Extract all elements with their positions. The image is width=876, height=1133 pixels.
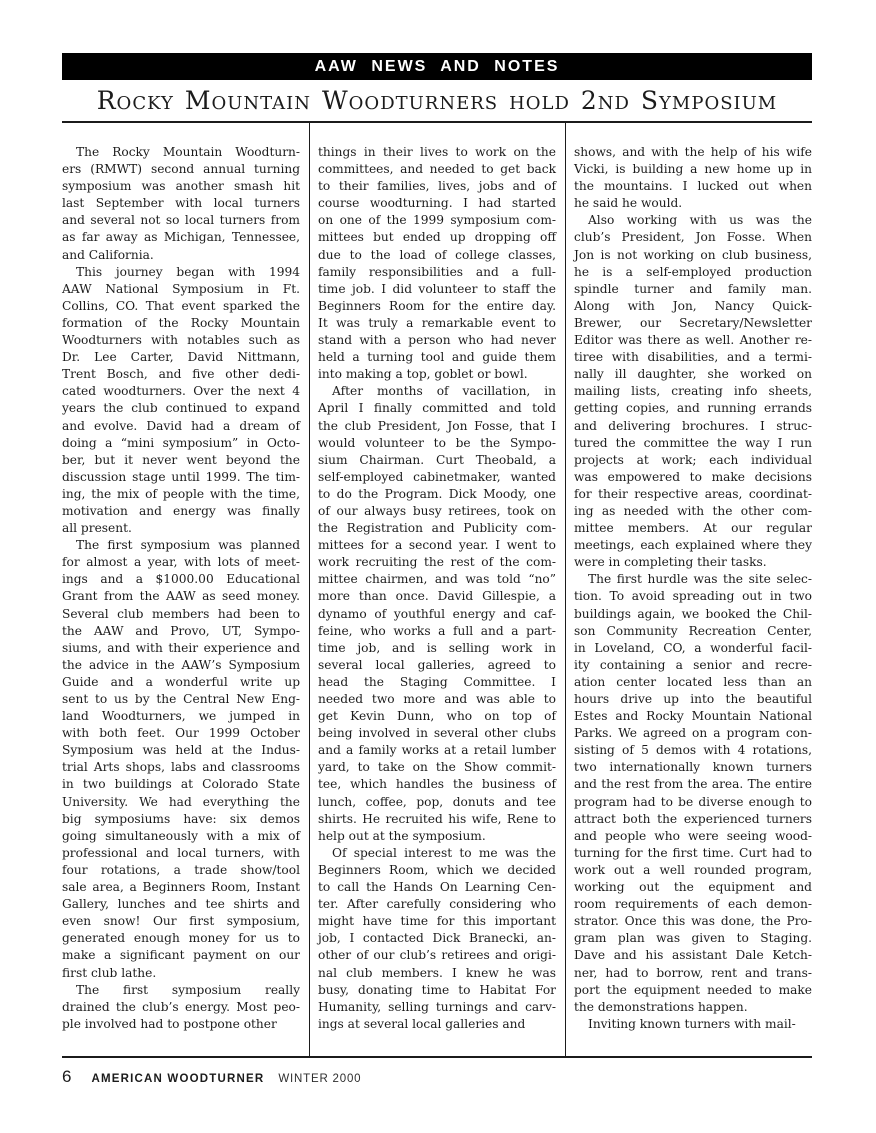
- text-line: ter. After carefully considering who: [318, 896, 556, 913]
- text-line: last September with local turners: [62, 195, 300, 212]
- text-line: years the club continued to expand: [62, 400, 300, 417]
- text-line: port the equipment needed to make: [574, 982, 812, 999]
- text-line: into making a top, goblet or bowl.: [318, 366, 556, 383]
- text-line: Dave and his assistant Dale Ketch-: [574, 947, 812, 964]
- text-line: The Rocky Mountain Woodturn-: [62, 144, 300, 161]
- text-line: ple involved had to postpone other: [62, 1016, 300, 1033]
- article-column-1: The Rocky Mountain Woodturn-ers (RMWT) s…: [62, 123, 300, 1056]
- text-line: were in completing their tasks.: [574, 554, 812, 571]
- text-line: get Kevin Dunn, who on top of: [318, 708, 556, 725]
- text-line: The first symposium really: [62, 982, 300, 999]
- text-line: dynamo of youthful energy and caf-: [318, 606, 556, 623]
- text-line: lunch, coffee, pop, donuts and tee: [318, 794, 556, 811]
- text-line: sent to us by the Central New Eng-: [62, 691, 300, 708]
- text-line: work out a well rounded program,: [574, 862, 812, 879]
- text-line: even snow! Our first symposium,: [62, 913, 300, 930]
- text-line: Jon is not working on club business,: [574, 247, 812, 264]
- text-line: Also working with us was the: [574, 212, 812, 229]
- text-line: was empowered to make decisions: [574, 469, 812, 486]
- text-line: University. We had everything the: [62, 794, 300, 811]
- text-line: to do the Program. Dick Moody, one: [318, 486, 556, 503]
- text-line: ers (RMWT) second annual turning: [62, 161, 300, 178]
- text-line: shows, and with the help of his wife: [574, 144, 812, 161]
- text-line: work recruiting the rest of the com-: [318, 554, 556, 571]
- text-line: Beginners Room for the entire day.: [318, 298, 556, 315]
- text-line: the club President, Jon Fosse, that I: [318, 418, 556, 435]
- text-line: siums, and with their experience and: [62, 640, 300, 657]
- text-line: professional and local turners, with: [62, 845, 300, 862]
- text-line: symposium was another smash hit: [62, 178, 300, 195]
- text-line: several local galleries, agreed to: [318, 657, 556, 674]
- text-line: family responsibilities and a full-: [318, 264, 556, 281]
- page-content: AAW NEWS AND NOTES Rocky Mountain Woodtu…: [62, 0, 812, 1087]
- article-column-2: things in their lives to work on thecomm…: [318, 123, 556, 1056]
- text-line: ner, had to borrow, rent and trans-: [574, 965, 812, 982]
- text-line: other of our club’s retirees and origi-: [318, 947, 556, 964]
- text-line: and the rest from the area. The entire: [574, 776, 812, 793]
- text-line: Woodturners with notables such as: [62, 332, 300, 349]
- text-line: strator. Once this was done, the Pro-: [574, 913, 812, 930]
- bottom-divider: [62, 1056, 812, 1058]
- text-line: ings at several local galleries and: [318, 1016, 556, 1033]
- text-line: nal club members. I knew he was: [318, 965, 556, 982]
- text-line: projects at work; each individual: [574, 452, 812, 469]
- text-line: stand with a person who had never: [318, 332, 556, 349]
- text-line: and California.: [62, 247, 300, 264]
- text-line: and a family works at a retail lumber: [318, 742, 556, 759]
- text-line: help out at the symposium.: [318, 828, 556, 845]
- text-line: Humanity, selling turnings and carv-: [318, 999, 556, 1016]
- text-line: to their families, lives, jobs and of: [318, 178, 556, 195]
- text-line: Beginners Room, which we decided: [318, 862, 556, 879]
- text-line: The first symposium was planned: [62, 537, 300, 554]
- text-line: time job, and is selling work in: [318, 640, 556, 657]
- text-line: motivation and energy was finally: [62, 503, 300, 520]
- text-line: meetings, each explained where they: [574, 537, 812, 554]
- section-banner-text: AAW NEWS AND NOTES: [315, 58, 560, 76]
- text-line: getting copies, and running errands: [574, 400, 812, 417]
- text-line: he is a self-employed production: [574, 264, 812, 281]
- text-line: head the Staging Committee. I: [318, 674, 556, 691]
- text-line: Of special interest to me was the: [318, 845, 556, 862]
- text-line: room requirements of each demon-: [574, 896, 812, 913]
- text-line: committees, and needed to get back: [318, 161, 556, 178]
- text-line: cated woodturners. Over the next 4: [62, 383, 300, 400]
- text-line: mittee chairmen, and was told “no”: [318, 571, 556, 588]
- text-line: drained the club’s energy. Most peo-: [62, 999, 300, 1016]
- text-line: going simultaneously with a mix of: [62, 828, 300, 845]
- text-line: discussion stage until 1999. The tim-: [62, 469, 300, 486]
- text-line: in two buildings at Colorado State: [62, 776, 300, 793]
- text-line: to call the Hands On Learning Cen-: [318, 879, 556, 896]
- text-line: land Woodturners, we jumped in: [62, 708, 300, 725]
- text-line: Symposium was held at the Indus-: [62, 742, 300, 759]
- text-line: yard, to take on the Show commit-: [318, 759, 556, 776]
- text-line: sale area, a Beginners Room, Instant: [62, 879, 300, 896]
- text-line: of our always busy retirees, took on: [318, 503, 556, 520]
- text-line: self-employed cabinetmaker, wanted: [318, 469, 556, 486]
- text-line: and several not so local turners from: [62, 212, 300, 229]
- text-line: with both feet. Our 1999 October: [62, 725, 300, 742]
- text-line: mittees but ended up dropping off: [318, 229, 556, 246]
- text-line: and delivering brochures. I struc-: [574, 418, 812, 435]
- text-line: buildings again, we booked the Chil-: [574, 606, 812, 623]
- text-line: ing as needed with the other com-: [574, 503, 812, 520]
- text-line: mittees for a second year. I went to: [318, 537, 556, 554]
- text-line: ing, the mix of people with the time,: [62, 486, 300, 503]
- text-line: Trent Bosch, and five other dedi-: [62, 366, 300, 383]
- magazine-title: AMERICAN WOODTURNER: [91, 1073, 264, 1085]
- text-line: turning for the first time. Curt had to: [574, 845, 812, 862]
- text-line: Along with Jon, Nancy Quick-: [574, 298, 812, 315]
- text-line: might have time for this important: [318, 913, 556, 930]
- text-line: and people who were seeing wood-: [574, 828, 812, 845]
- text-line: the Registration and Publicity com-: [318, 520, 556, 537]
- issue-label: WINTER 2000: [278, 1073, 361, 1085]
- text-line: gram plan was given to Staging.: [574, 930, 812, 947]
- text-line: ity containing a senior and recre-: [574, 657, 812, 674]
- section-banner: AAW NEWS AND NOTES: [62, 53, 812, 80]
- text-line: the demonstrations happen.: [574, 999, 812, 1016]
- text-line: formation of the Rocky Mountain: [62, 315, 300, 332]
- article-column-3: shows, and with the help of his wifeVick…: [574, 123, 812, 1056]
- text-line: spindle turner and family man.: [574, 281, 812, 298]
- column-divider-1: [309, 123, 310, 1056]
- text-line: It was truly a remarkable event to: [318, 315, 556, 332]
- text-line: sium Chairman. Curt Theobald, a: [318, 452, 556, 469]
- text-line: doing a “mini symposium” in Octo-: [62, 435, 300, 452]
- text-line: would volunteer to be the Sympo-: [318, 435, 556, 452]
- text-line: tion. To avoid spreading out in two: [574, 588, 812, 605]
- text-line: needed two more and was able to: [318, 691, 556, 708]
- text-line: as far away as Michigan, Tennessee,: [62, 229, 300, 246]
- text-line: tee, which handles the business of: [318, 776, 556, 793]
- text-line: This journey began with 1994: [62, 264, 300, 281]
- text-line: program had to be diverse enough to: [574, 794, 812, 811]
- text-line: Brewer, our Secretary/Newsletter: [574, 315, 812, 332]
- text-line: the AAW and Provo, UT, Sympo-: [62, 623, 300, 640]
- text-line: for almost a year, with lots of meet-: [62, 554, 300, 571]
- text-line: sisting of 5 demos with 4 rotations,: [574, 742, 812, 759]
- text-line: Vicki, is building a new home up in: [574, 161, 812, 178]
- text-line: all present.: [62, 520, 300, 537]
- text-line: things in their lives to work on the: [318, 144, 556, 161]
- text-line: he said he would.: [574, 195, 812, 212]
- text-line: AAW National Symposium in Ft.: [62, 281, 300, 298]
- text-line: held a turning tool and guide them: [318, 349, 556, 366]
- text-line: mailing lists, creating info sheets,: [574, 383, 812, 400]
- text-line: The first hurdle was the site selec-: [574, 571, 812, 588]
- text-line: time job. I did volunteer to staff the: [318, 281, 556, 298]
- text-line: big symposiums have: six demos: [62, 811, 300, 828]
- text-line: Guide and a wonderful write up: [62, 674, 300, 691]
- text-line: make a significant payment on our: [62, 947, 300, 964]
- text-line: Parks. We agreed on a program con-: [574, 725, 812, 742]
- text-line: mittee members. At our regular: [574, 520, 812, 537]
- text-line: two internationally known turners: [574, 759, 812, 776]
- text-line: ation center located less than an: [574, 674, 812, 691]
- text-line: Estes and Rocky Mountain National: [574, 708, 812, 725]
- page-number: 6: [62, 1067, 71, 1087]
- text-line: working out the equipment and: [574, 879, 812, 896]
- text-line: son Community Recreation Center,: [574, 623, 812, 640]
- text-line: April I finally committed and told: [318, 400, 556, 417]
- text-line: in Loveland, CO, a wonderful facil-: [574, 640, 812, 657]
- text-line: four rotations, a trade show/tool: [62, 862, 300, 879]
- text-line: Gallery, lunches and tee shirts and: [62, 896, 300, 913]
- text-line: ings and a $1000.00 Educational: [62, 571, 300, 588]
- text-line: club’s President, Jon Fosse. When: [574, 229, 812, 246]
- text-line: Inviting known turners with mail-: [574, 1016, 812, 1033]
- article-title: Rocky Mountain Woodturners hold 2nd Symp…: [62, 85, 812, 117]
- text-line: generated enough money for us to: [62, 930, 300, 947]
- text-line: the advice in the AAW’s Symposium: [62, 657, 300, 674]
- column-divider-2: [565, 123, 566, 1056]
- text-line: course woodturning. I had started: [318, 195, 556, 212]
- text-line: hours drive up into the beautiful: [574, 691, 812, 708]
- text-line: After months of vacillation, in: [318, 383, 556, 400]
- text-line: shirts. He recruited his wife, Rene to: [318, 811, 556, 828]
- text-line: attract both the experienced turners: [574, 811, 812, 828]
- text-line: tiree with disabilities, and a termi-: [574, 349, 812, 366]
- text-line: nally ill daughter, she worked on: [574, 366, 812, 383]
- page-footer: 6 AMERICAN WOODTURNER WINTER 2000: [62, 1067, 812, 1087]
- text-line: Editor was there as well. Another re-: [574, 332, 812, 349]
- text-line: busy, donating time to Habitat For: [318, 982, 556, 999]
- text-line: the mountains. I lucked out when: [574, 178, 812, 195]
- text-line: for their respective areas, coordinat-: [574, 486, 812, 503]
- text-line: being involved in several other clubs: [318, 725, 556, 742]
- text-line: on one of the 1999 symposium com-: [318, 212, 556, 229]
- article-body: The Rocky Mountain Woodturn-ers (RMWT) s…: [62, 123, 812, 1056]
- text-line: ber, but it never went beyond the: [62, 452, 300, 469]
- text-line: trial Arts shops, labs and classrooms: [62, 759, 300, 776]
- text-line: tured the committee the way I run: [574, 435, 812, 452]
- text-line: Collins, CO. That event sparked the: [62, 298, 300, 315]
- text-line: due to the load of college classes,: [318, 247, 556, 264]
- text-line: feine, who works a full and a part-: [318, 623, 556, 640]
- text-line: first club lathe.: [62, 965, 300, 982]
- text-line: Grant from the AAW as seed money.: [62, 588, 300, 605]
- text-line: job, I contacted Dick Branecki, an-: [318, 930, 556, 947]
- text-line: more than once. David Gillespie, a: [318, 588, 556, 605]
- text-line: Several club members had been to: [62, 606, 300, 623]
- text-line: and evolve. David had a dream of: [62, 418, 300, 435]
- text-line: Dr. Lee Carter, David Nittmann,: [62, 349, 300, 366]
